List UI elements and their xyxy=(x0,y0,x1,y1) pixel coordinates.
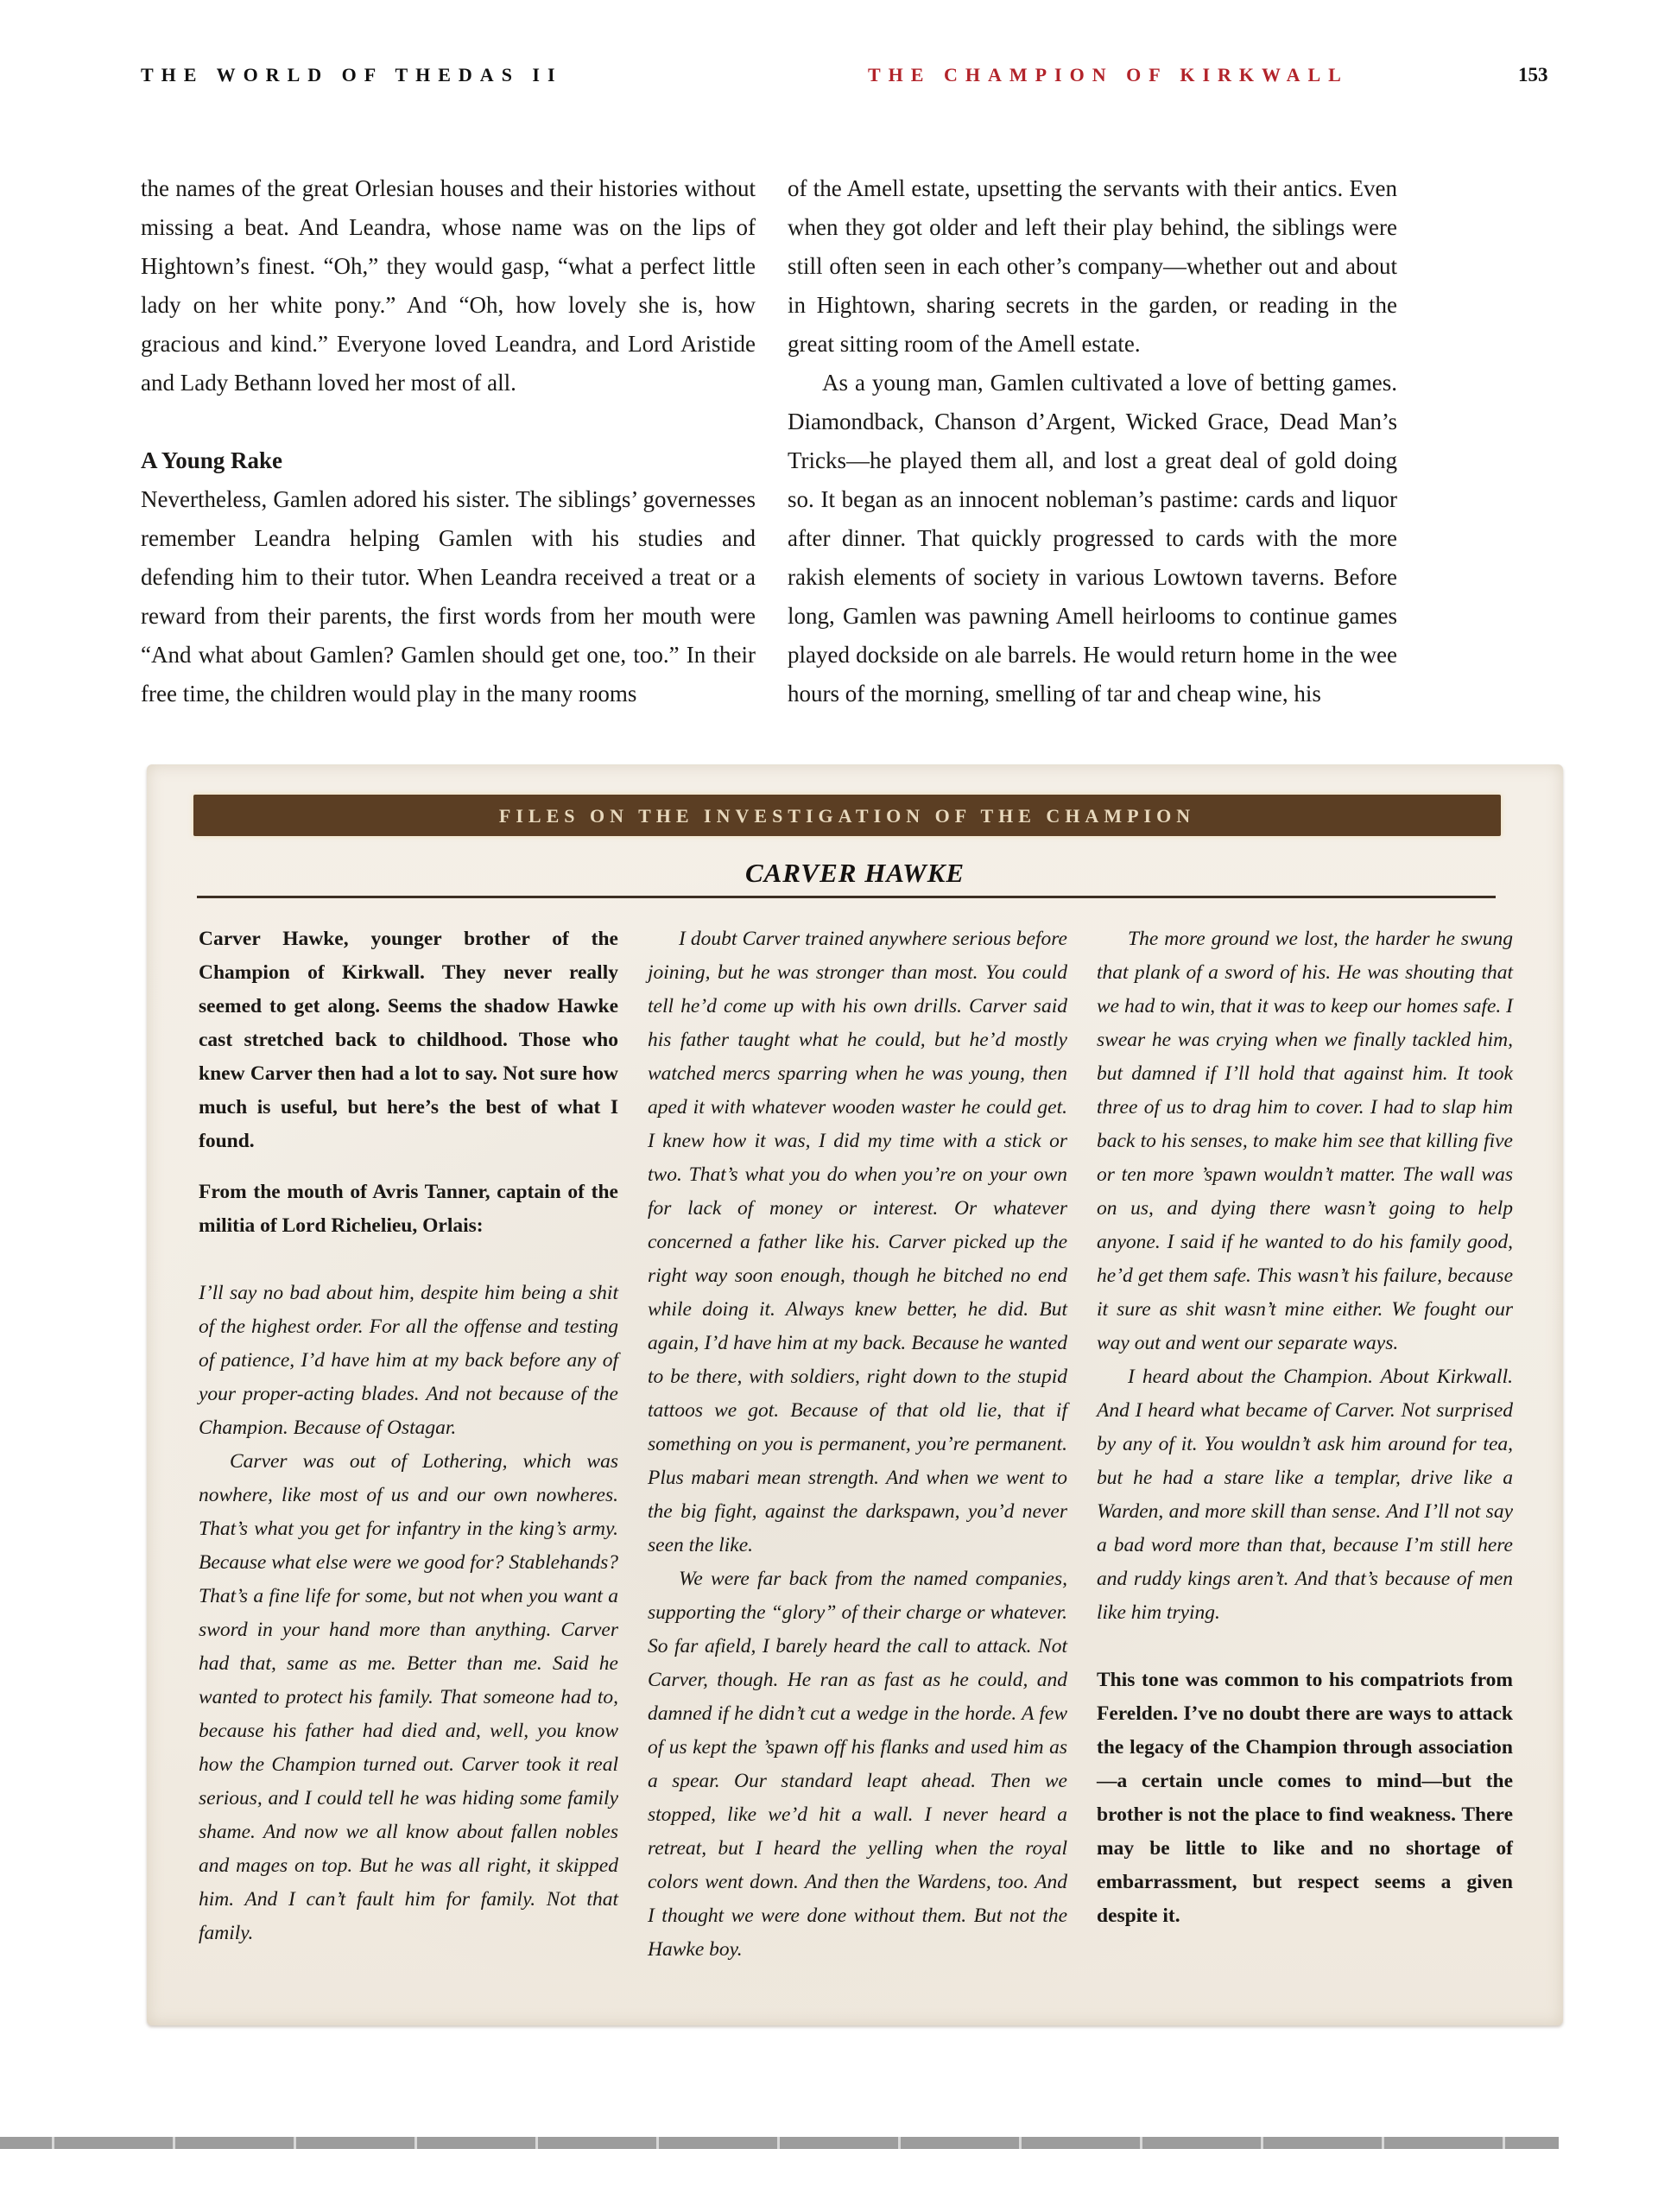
body-paragraph: Nevertheless, Gamlen adored his sister. … xyxy=(141,480,756,713)
title-divider xyxy=(197,896,1496,898)
file-header-title: FILES ON THE INVESTIGATION OF THE CHAMPI… xyxy=(193,795,1501,836)
dossier-column-1: Carver Hawke, younger brother of the Cha… xyxy=(199,922,618,1950)
source-attribution: From the mouth of Avris Tanner, captain … xyxy=(199,1176,618,1243)
dossier-column-3: The more ground we lost, the harder he s… xyxy=(1097,922,1513,1933)
testimony-paragraph: I heard about the Champion. About Kirkwa… xyxy=(1097,1360,1513,1630)
testimony-paragraph: We were far back from the named companie… xyxy=(648,1562,1067,1967)
section-subheading: A Young Rake xyxy=(141,441,756,480)
dossier-subject-title: CARVER HAWKE xyxy=(147,858,1563,889)
investigator-conclusion: This tone was common to his compatriots … xyxy=(1097,1664,1513,1933)
body-right-column: of the Amell estate, upsetting the serva… xyxy=(788,169,1397,713)
running-header: THE WORLD OF THEDAS II THE CHAMPION OF K… xyxy=(0,64,1658,93)
testimony-paragraph: I doubt Carver trained anywhere serious … xyxy=(648,922,1067,1562)
body-paragraph: the names of the great Orlesian houses a… xyxy=(141,169,756,402)
investigation-file-sidebar: FILES ON THE INVESTIGATION OF THE CHAMPI… xyxy=(147,764,1563,2025)
file-header-band: FILES ON THE INVESTIGATION OF THE CHAMPI… xyxy=(193,795,1501,836)
body-paragraph: of the Amell estate, upsetting the serva… xyxy=(788,169,1397,364)
investigator-note: Carver Hawke, younger brother of the Cha… xyxy=(199,922,618,1158)
dossier-column-2: I doubt Carver trained anywhere serious … xyxy=(648,922,1067,1967)
body-paragraph: As a young man, Gamlen cultivated a love… xyxy=(788,364,1397,713)
footer-decorative-strip xyxy=(0,2137,1559,2149)
testimony-paragraph: I’ll say no bad about him, despite him b… xyxy=(199,1277,618,1445)
testimony-paragraph: Carver was out of Lothering, which was n… xyxy=(199,1445,618,1950)
body-left-column: the names of the great Orlesian houses a… xyxy=(141,169,756,713)
book-title: THE WORLD OF THEDAS II xyxy=(141,64,563,86)
page-number: 153 xyxy=(1518,64,1548,86)
chapter-title: THE CHAMPION OF KIRKWALL xyxy=(868,64,1349,86)
testimony-paragraph: The more ground we lost, the harder he s… xyxy=(1097,922,1513,1360)
